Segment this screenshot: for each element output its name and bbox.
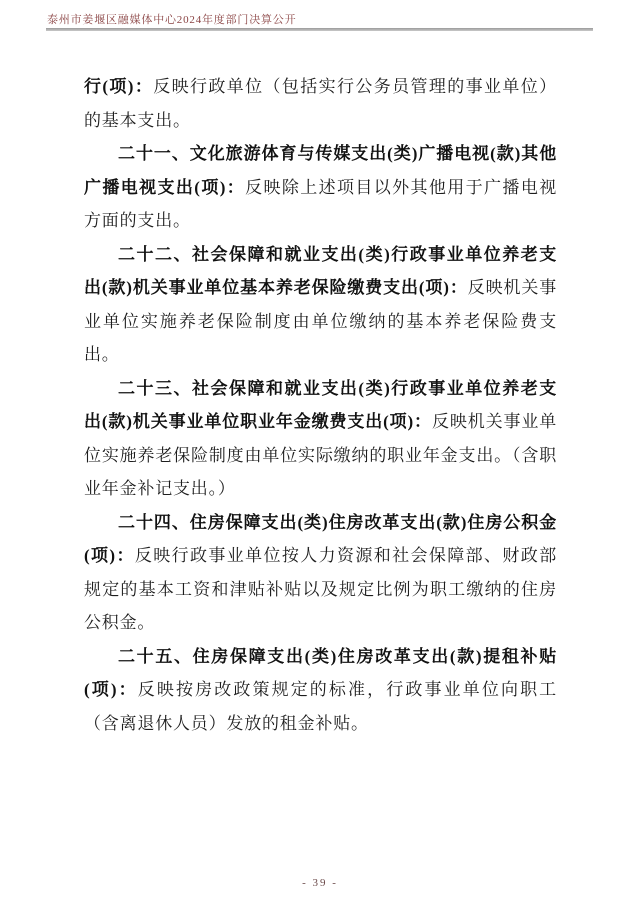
running-head-title: 泰州市姜堰区融媒体中心2024年度部门决算公开 (47, 11, 296, 27)
header-rule (46, 28, 593, 31)
paragraph-lead-bold: 行(项)： (84, 77, 153, 96)
paragraph: 二十一、文化旅游体育与传媒支出(类)广播电视(款)其他广播电视支出(项)：反映除… (84, 137, 557, 238)
paragraph: 行(项)：反映行政单位（包括实行公务员管理的事业单位）的基本支出。 (84, 70, 557, 137)
paragraph-text: 反映行政事业单位按人力资源和社会保障部、财政部规定的基本工资和津贴补贴以及规定比… (84, 546, 557, 632)
document-body: 行(项)：反映行政单位（包括实行公务员管理的事业单位）的基本支出。二十一、文化旅… (84, 70, 557, 740)
paragraph: 二十三、社会保障和就业支出(类)行政事业单位养老支出(款)机关事业单位职业年金缴… (84, 372, 557, 506)
paragraph: 二十二、社会保障和就业支出(类)行政事业单位养老支出(款)机关事业单位基本养老保… (84, 238, 557, 372)
document-page: 泰州市姜堰区融媒体中心2024年度部门决算公开 行(项)：反映行政单位（包括实行… (0, 0, 640, 905)
page-number: - 39 - (0, 877, 640, 889)
paragraph: 二十四、住房保障支出(类)住房改革支出(款)住房公积金(项)：反映行政事业单位按… (84, 506, 557, 640)
paragraph: 二十五、住房保障支出(类)住房改革支出(款)提租补贴(项)：反映按房改政策规定的… (84, 640, 557, 741)
paragraph-text: 反映行政单位（包括实行公务员管理的事业单位）的基本支出。 (84, 77, 557, 130)
paragraph-text: 反映按房改政策规定的标准，行政事业单位向职工（含离退休人员）发放的租金补贴。 (84, 680, 557, 733)
